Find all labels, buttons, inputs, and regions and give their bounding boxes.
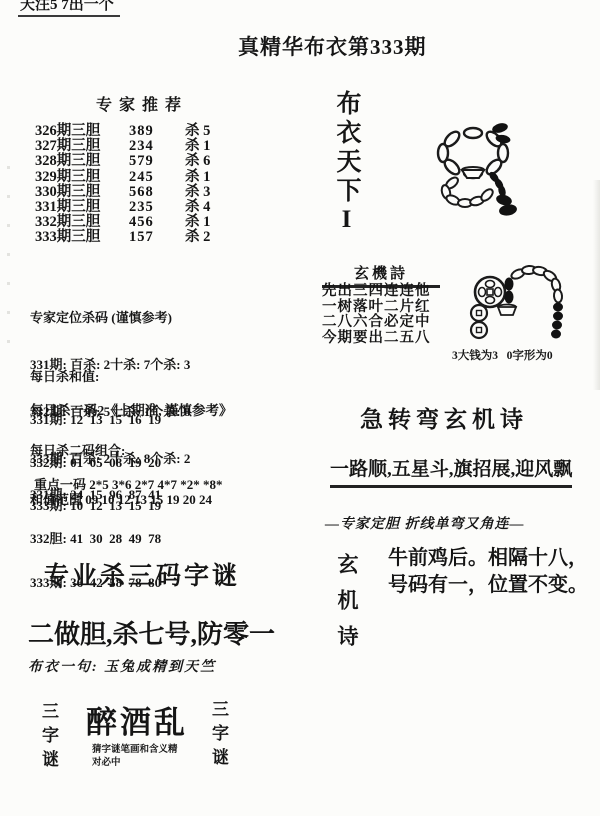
- table-row: 330期三胆 568 杀 3: [35, 185, 210, 200]
- poem-line: 号码有一，位置不变。: [388, 572, 588, 599]
- dan-number: 456: [129, 215, 185, 230]
- kill-number: 杀 1: [185, 170, 210, 185]
- poem-line: 一树落叶二片红: [322, 300, 431, 316]
- sum-range-line: 和值范围 09 10 12 13 15 19 20 24: [30, 489, 212, 508]
- kill-number: 杀 2: [185, 230, 210, 245]
- dan-number: 245: [129, 170, 185, 185]
- period-label: 333期三胆: [35, 230, 129, 245]
- kill-number: 杀 6: [185, 154, 210, 169]
- note-line: 猜字谜笔画和含义精: [92, 744, 178, 757]
- poem-line: 二八六合必定中: [322, 315, 431, 331]
- expert-dan-line: —专家定胆 折线单弯又角连—: [325, 513, 525, 533]
- poem-line: 今期要出二五八: [322, 331, 431, 347]
- dan-number: 579: [129, 154, 185, 169]
- sharp-turn-line: 一路顺,五星斗,旗招展,迎风飘: [330, 454, 572, 488]
- table-row: 328期三胆 579 杀 6: [35, 154, 210, 169]
- dan-number: 235: [129, 200, 185, 215]
- three-char-riddle-answer: 醉酒乱: [86, 697, 188, 742]
- bottom-poem-lines: 牛前鸡后。相隔十八， 号码有一，位置不变。: [388, 545, 588, 598]
- recommend-section-title: 专家推荐: [96, 92, 188, 115]
- dan-number: 568: [129, 185, 185, 200]
- riddle-line: 二做胆,杀七号,防零一: [28, 614, 275, 651]
- scan-artifact: [7, 140, 10, 360]
- dan-number: 389: [129, 124, 185, 139]
- period-label: 330期三胆: [35, 185, 129, 200]
- kill-number: 杀 5: [185, 124, 210, 139]
- period-label: 329期三胆: [35, 170, 129, 185]
- bottom-poem-vertical-title: 玄机诗: [332, 553, 362, 661]
- period-label: 328期三胆: [35, 154, 129, 169]
- mystic-poem-lines: 先出三四连连他 一树落叶二片红 二八六合必定中 今期要出二五八: [322, 284, 431, 346]
- section-title: 每日杀和值:: [30, 370, 161, 384]
- table-row: 331期三胆 235 杀 4: [35, 200, 210, 215]
- coin-figure-illustration: [432, 115, 527, 223]
- coin-caption: 3大钱为3 0字形为0: [452, 347, 553, 363]
- corner-note: 天注5 7出一个: [18, 0, 120, 17]
- poem-line: 先出三四连连他: [322, 284, 431, 300]
- poem-line: 牛前鸡后。相隔十八，: [388, 545, 588, 572]
- brand-vertical-title: 布衣天下I: [328, 90, 364, 237]
- kill-three-code-title: 专业杀三码字谜: [44, 556, 240, 592]
- three-char-riddle-note: 猜字谜笔画和含义精 对必中: [92, 744, 178, 769]
- kill-number: 杀 3: [185, 185, 210, 200]
- dan-number: 157: [129, 230, 185, 245]
- coin-chain-illustration: [452, 262, 572, 347]
- three-char-riddle-label-right: 三字谜: [206, 700, 231, 772]
- note-line: 对必中: [92, 757, 178, 770]
- recommend-table: 326期三胆 389 杀 5 327期三胆 234 杀 1 328期三胆 579…: [35, 124, 210, 246]
- kill-number: 杀 4: [185, 200, 210, 215]
- section-title: 每日杀二码组合:: [30, 444, 161, 459]
- dan-number: 234: [129, 139, 185, 154]
- table-row: 326期三胆 389 杀 5: [35, 124, 210, 139]
- period-label: 326期三胆: [35, 124, 129, 139]
- page-title: 真精华布衣第333期: [238, 31, 427, 61]
- scan-artifact: [593, 180, 600, 390]
- table-row: 333期三胆 157 杀 2: [35, 230, 210, 245]
- table-row: 329期三胆 245 杀 1: [35, 170, 210, 185]
- section-title: 专家定位杀码 (谨慎参考): [30, 310, 190, 326]
- sharp-turn-title: 急转弯玄机诗: [360, 401, 528, 434]
- scanned-lottery-sheet: 天注5 7出一个 真精华布衣第333期 专家推荐 326期三胆 389 杀 5 …: [0, 0, 600, 816]
- period-label: 331期三胆: [35, 200, 129, 215]
- three-char-riddle-label-left: 三字谜: [36, 702, 61, 774]
- buyi-sentence: 布衣一句: 玉兔成精到天竺: [28, 656, 216, 676]
- list-item: 332胆: 41 30 28 49 78: [30, 532, 161, 547]
